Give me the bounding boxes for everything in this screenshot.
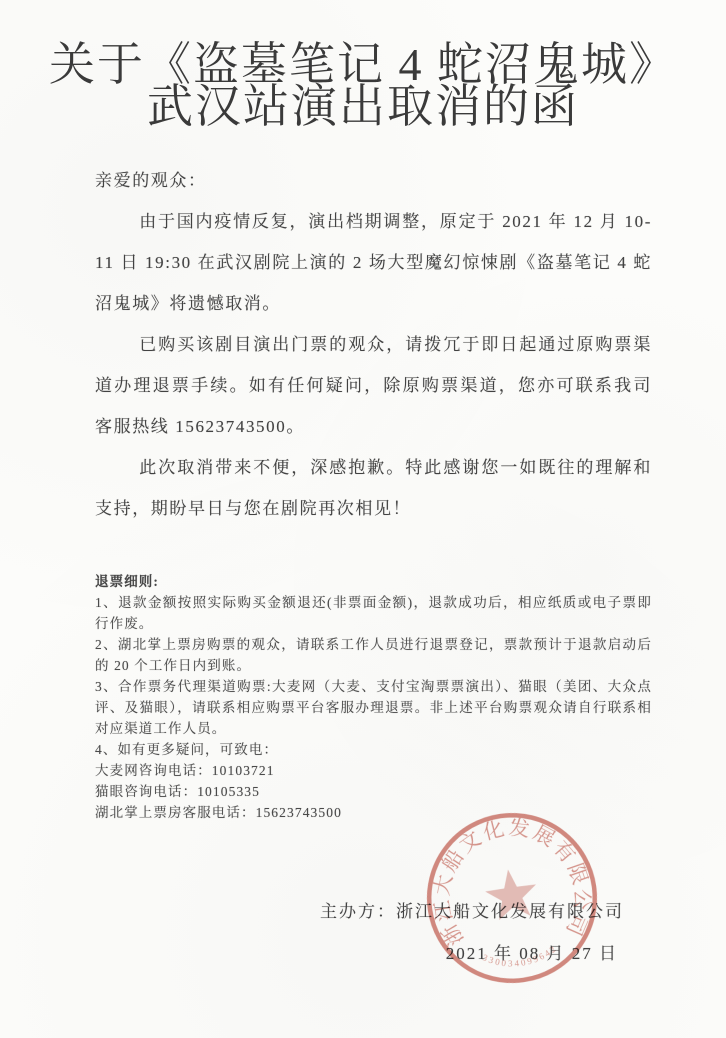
contact-line-damai: 大麦网咨询电话：10103721 [95, 760, 652, 781]
refund-rules-section: 退票细则: 1、退款金额按照实际购买金额退还(非票面金额)，退款成功后，相应纸质… [95, 571, 652, 823]
scanned-letter-page: 关于《盗墓笔记 4 蛇沼鬼城》 武汉站演出取消的函 亲爱的观众： 由于国内疫情反… [0, 0, 726, 1038]
salutation: 亲爱的观众： [95, 160, 652, 201]
contact-line-maoyan: 猫眼咨询电话：10105335 [95, 781, 652, 802]
refund-rule-item-2: 2、湖北掌上票房购票的观众，请联系工作人员进行退票登记，票款预计于退款启动后的 … [95, 634, 652, 676]
refund-rule-item-1: 1、退款金额按照实际购买金额退还(非票面金额)，退款成功后，相应纸质或电子票即行… [95, 592, 652, 634]
refund-rule-item-3: 3、合作票务代理渠道购票:大麦网（大麦、支付宝淘票票演出）、猫眼（美团、大众点评… [95, 676, 652, 739]
refund-rule-item-4: 4、如有更多疑问，可致电： [95, 739, 652, 760]
date-line: 2021 年 08 月 27 日 [320, 933, 624, 975]
letter-title-line2: 武汉站演出取消的函 [0, 92, 726, 122]
letter-body: 亲爱的观众： 由于国内疫情反复，演出档期调整，原定于 2021 年 12 月 1… [0, 160, 726, 823]
letter-title-line1: 关于《盗墓笔记 4 蛇沼鬼城》 [0, 50, 726, 80]
letter-title: 关于《盗墓笔记 4 蛇沼鬼城》 武汉站演出取消的函 [0, 0, 726, 122]
paragraph-refund-instructions: 已购买该剧目演出门票的观众，请拨冗于即日起通过原购票渠道办理退票手续。如有任何疑… [95, 324, 652, 447]
paragraph-cancellation: 由于国内疫情反复，演出档期调整，原定于 2021 年 12 月 10-11 日 … [95, 201, 652, 324]
signature-block: 主办方：浙江大船文化发展有限公司 2021 年 08 月 27 日 [320, 891, 624, 975]
organizer-line: 主办方：浙江大船文化发展有限公司 [320, 891, 624, 933]
refund-rules-heading: 退票细则: [95, 571, 652, 592]
contact-line-hubei-box-office: 湖北掌上票房客服电话：15623743500 [95, 802, 652, 823]
paragraph-apology: 此次取消带来不便，深感抱歉。特此感谢您一如既往的理解和支持，期盼早日与您在剧院再… [95, 447, 652, 529]
